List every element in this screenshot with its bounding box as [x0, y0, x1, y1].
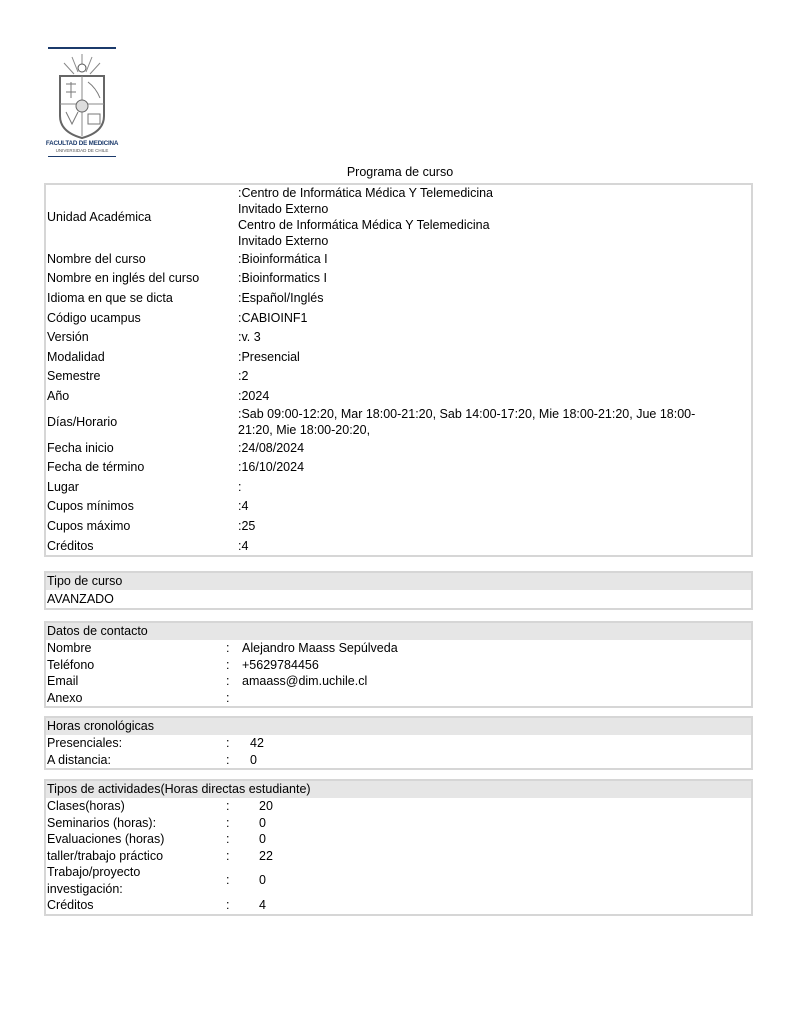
faculty-name: FACULTAD DE MEDICINA	[44, 140, 120, 147]
field-value: :Sab 09:00-12:20, Mar 18:00-21:20, Sab 1…	[238, 406, 751, 438]
course-info-row: Créditos:4	[46, 536, 751, 556]
course-info-row: Cupos mínimos:4	[46, 497, 751, 517]
field-label: A distancia:	[47, 752, 226, 769]
field-label: Email	[47, 673, 226, 690]
activities-section: Tipos de actividades(Horas directas estu…	[44, 779, 753, 916]
hours-section: Horas cronológicas Presenciales::42A dis…	[44, 716, 753, 770]
course-info-row: Cupos máximo:25	[46, 516, 751, 536]
field-value-line: :Español/Inglés	[238, 290, 743, 306]
course-info-row: Idioma en que se dicta:Español/Inglés	[46, 288, 751, 308]
activities-row: taller/trabajo práctico:22	[46, 848, 751, 865]
field-label: Lugar	[47, 479, 238, 495]
contact-row: Teléfono:+5629784456	[46, 657, 751, 674]
field-value-line: Invitado Externo	[238, 201, 743, 217]
field-label: Clases(horas)	[47, 798, 226, 815]
field-label: Modalidad	[47, 349, 238, 365]
field-value-line: :2024	[238, 388, 743, 404]
field-label: Créditos	[47, 538, 238, 554]
field-value: :2024	[238, 388, 751, 404]
course-type-section: Tipo de curso AVANZADO	[44, 571, 753, 610]
separator: :	[226, 735, 242, 752]
field-label: Días/Horario	[47, 414, 238, 430]
field-value: 22	[242, 848, 751, 865]
logo-divider	[48, 156, 116, 157]
field-label: Seminarios (horas):	[47, 815, 226, 832]
field-label-line: Trabajo/proyecto	[47, 864, 226, 881]
course-info-row: Versión:v. 3	[46, 327, 751, 347]
field-label: Presenciales:	[47, 735, 226, 752]
field-value-line: :Sab 09:00-12:20, Mar 18:00-21:20, Sab 1…	[238, 406, 743, 422]
field-value: 42	[242, 735, 751, 752]
separator: :	[226, 831, 242, 848]
field-value: :CABIOINF1	[238, 310, 751, 326]
field-value: 0	[242, 752, 751, 769]
course-info-row: Días/Horario:Sab 09:00-12:20, Mar 18:00-…	[46, 406, 751, 438]
hours-row: A distancia::0	[46, 752, 751, 769]
activities-row: Evaluaciones (horas):0	[46, 831, 751, 848]
field-label: Nombre del curso	[47, 251, 238, 267]
field-label: Versión	[47, 329, 238, 345]
field-value: 0	[242, 815, 751, 832]
field-value-line: :Bioinformatics I	[238, 270, 743, 286]
field-label: Nombre	[47, 640, 226, 657]
course-info-row: Unidad Académica:Centro de Informática M…	[46, 185, 751, 249]
field-label: Código ucampus	[47, 310, 238, 326]
field-label: Cupos máximo	[47, 518, 238, 534]
hours-heading: Horas cronológicas	[46, 718, 751, 735]
separator: :	[226, 897, 242, 914]
field-value-line: 21:20, Mie 18:00-20:20,	[238, 422, 743, 438]
field-value-line: :24/08/2024	[238, 440, 743, 456]
field-label: Teléfono	[47, 657, 226, 674]
field-value: 0	[242, 831, 751, 848]
field-value-line: :Bioinformática I	[238, 251, 743, 267]
activities-row: Seminarios (horas)::0	[46, 815, 751, 832]
contact-section: Datos de contacto Nombre:Alejandro Maass…	[44, 621, 753, 708]
field-label: Nombre en inglés del curso	[47, 270, 238, 286]
field-label: Cupos mínimos	[47, 498, 238, 514]
field-value: :4	[238, 538, 751, 554]
field-label: Anexo	[47, 690, 226, 707]
field-value: :16/10/2024	[238, 459, 751, 475]
activities-heading: Tipos de actividades(Horas directas estu…	[46, 781, 751, 798]
course-info-row: Código ucampus:CABIOINF1	[46, 308, 751, 328]
field-value-line: :16/10/2024	[238, 459, 743, 475]
field-value-line: :Presencial	[238, 349, 743, 365]
separator: :	[226, 872, 242, 889]
field-value: :	[238, 479, 751, 495]
contact-row: Email:amaass@dim.uchile.cl	[46, 673, 751, 690]
field-value-line: :25	[238, 518, 743, 534]
field-value: :Centro de Informática Médica Y Telemedi…	[238, 185, 751, 249]
field-label: Fecha de término	[47, 459, 238, 475]
field-value: 20	[242, 798, 751, 815]
field-label: Unidad Académica	[47, 209, 238, 225]
field-value: :v. 3	[238, 329, 751, 345]
field-value-line: Centro de Informática Médica Y Telemedic…	[238, 217, 743, 233]
field-value: Alejandro Maass Sepúlveda	[242, 640, 751, 657]
separator: :	[226, 640, 242, 657]
contact-heading: Datos de contacto	[46, 623, 751, 640]
field-value: 0	[242, 872, 751, 889]
separator: :	[226, 815, 242, 832]
field-label: Año	[47, 388, 238, 404]
field-value: amaass@dim.uchile.cl	[242, 673, 751, 690]
field-label: Créditos	[47, 897, 226, 914]
field-value-line: :Centro de Informática Médica Y Telemedi…	[238, 185, 743, 201]
course-info-row: Fecha de término:16/10/2024	[46, 457, 751, 477]
course-info-row: Lugar:	[46, 477, 751, 497]
contact-row: Anexo:	[46, 690, 751, 707]
course-info-row: Año:2024	[46, 386, 751, 406]
course-info-row: Modalidad:Presencial	[46, 347, 751, 367]
activities-row: Trabajo/proyectoinvestigación::0	[46, 864, 751, 897]
field-label: Idioma en que se dicta	[47, 290, 238, 306]
course-type-value: AVANZADO	[46, 590, 751, 608]
separator: :	[226, 798, 242, 815]
field-label: Fecha inicio	[47, 440, 238, 456]
field-value: :25	[238, 518, 751, 534]
field-value-line: :4	[238, 538, 743, 554]
field-label: Evaluaciones (horas)	[47, 831, 226, 848]
field-value: :Español/Inglés	[238, 290, 751, 306]
separator: :	[226, 690, 242, 707]
field-value-line: :CABIOINF1	[238, 310, 743, 326]
field-value-line: :v. 3	[238, 329, 743, 345]
course-info-row: Nombre del curso:Bioinformática I	[46, 249, 751, 269]
field-label: Trabajo/proyectoinvestigación:	[47, 864, 226, 897]
hours-row: Presenciales::42	[46, 735, 751, 752]
field-value: :24/08/2024	[238, 440, 751, 456]
field-label: taller/trabajo práctico	[47, 848, 226, 865]
course-info-row: Nombre en inglés del curso:Bioinformatic…	[46, 269, 751, 289]
activities-row: Clases(horas):20	[46, 798, 751, 815]
field-value: :4	[238, 498, 751, 514]
field-value-line: Invitado Externo	[238, 233, 743, 249]
field-value: 4	[242, 897, 751, 914]
field-value: :2	[238, 368, 751, 384]
field-value-line: :2	[238, 368, 743, 384]
activities-row: Créditos:4	[46, 897, 751, 914]
separator: :	[226, 752, 242, 769]
field-value: :Presencial	[238, 349, 751, 365]
university-name: UNIVERSIDAD DE CHILE	[44, 148, 120, 153]
course-type-heading: Tipo de curso	[46, 573, 751, 590]
field-value-line: :4	[238, 498, 743, 514]
field-label: Semestre	[47, 368, 238, 384]
course-info-table: Unidad Académica:Centro de Informática M…	[44, 183, 753, 557]
field-label-line: investigación:	[47, 881, 226, 898]
field-value-line: :	[238, 479, 743, 495]
contact-row: Nombre:Alejandro Maass Sepúlveda	[46, 640, 751, 657]
course-info-row: Semestre:2	[46, 367, 751, 387]
separator: :	[226, 673, 242, 690]
document-title: Programa de curso	[0, 165, 800, 179]
faculty-logo: FACULTAD DE MEDICINA UNIVERSIDAD DE CHIL…	[44, 44, 120, 156]
course-info-row: Fecha inicio:24/08/2024	[46, 438, 751, 458]
field-value: +5629784456	[242, 657, 751, 674]
separator: :	[226, 657, 242, 674]
field-value: :Bioinformática I	[238, 251, 751, 267]
field-value: :Bioinformatics I	[238, 270, 751, 286]
separator: :	[226, 848, 242, 865]
